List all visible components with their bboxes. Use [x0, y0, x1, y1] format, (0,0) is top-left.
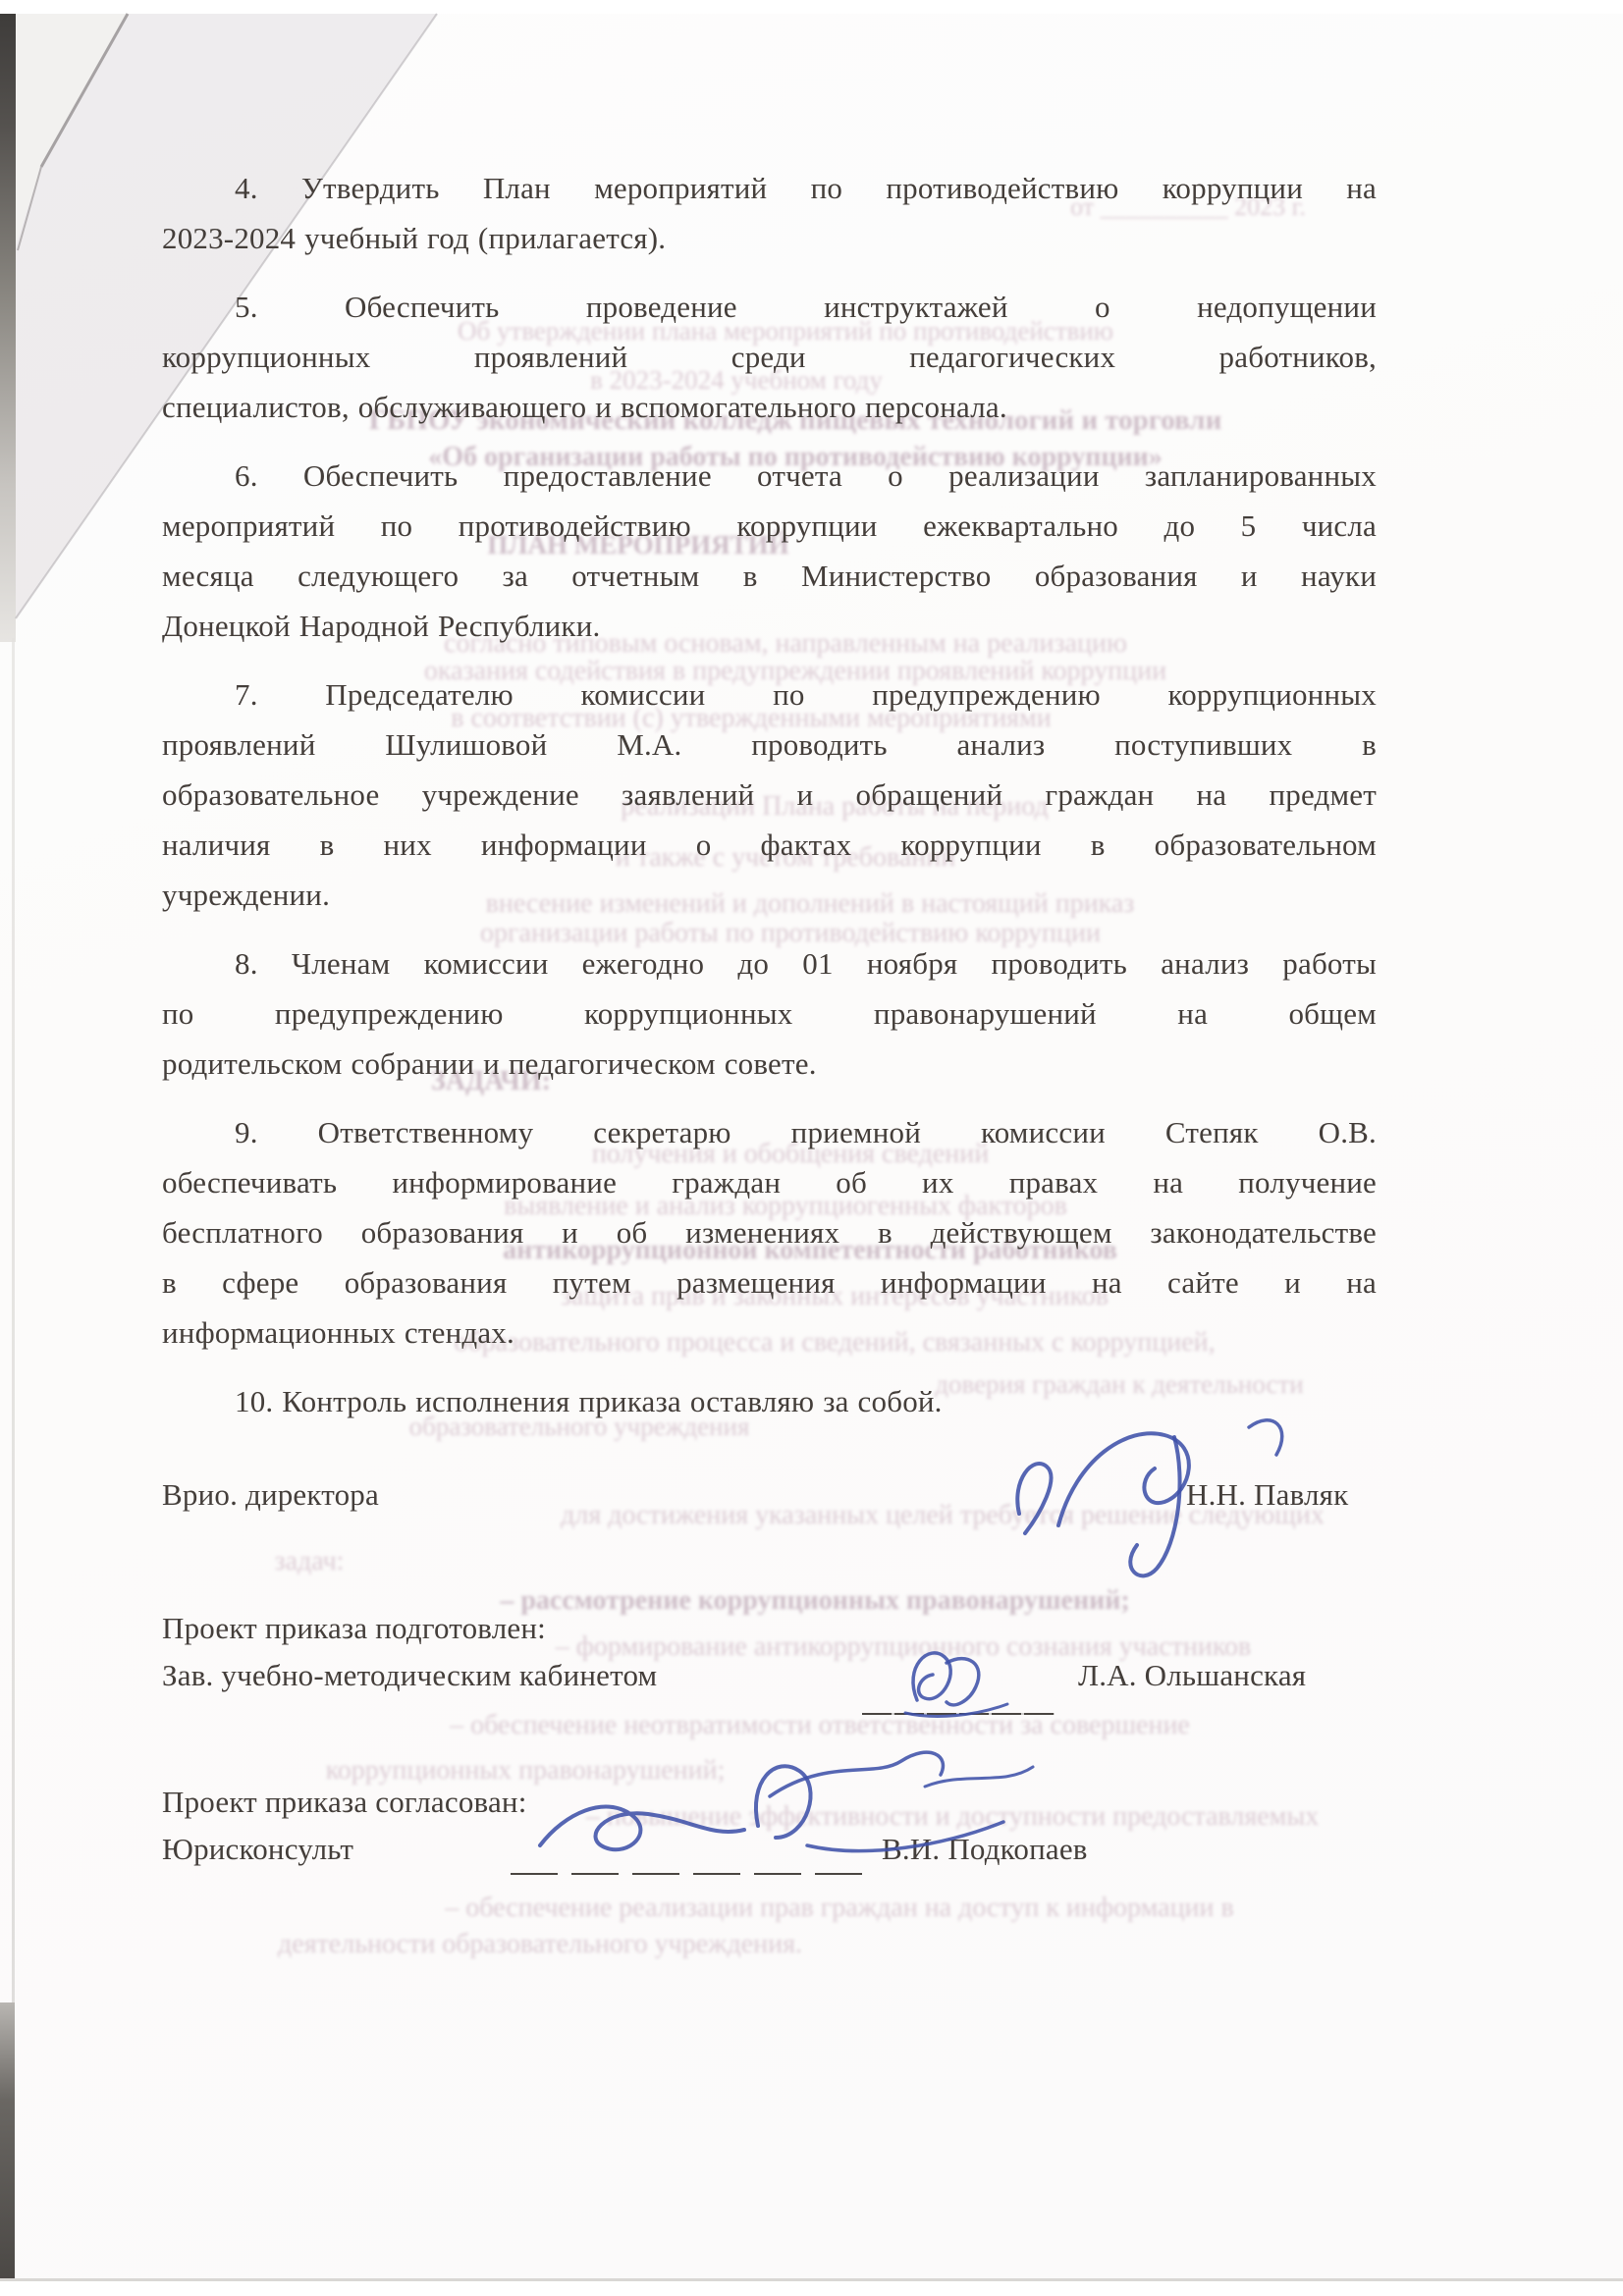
agreed-role: Юрисконсульт [162, 1832, 353, 1867]
paper-edge-left-mid [12, 638, 15, 2007]
order-text-line: в сфере образования путем размещения инф… [162, 1257, 1377, 1308]
director-signature-ink [982, 1386, 1335, 1582]
prepared-signature-ink [884, 1618, 1031, 1731]
order-text-line: мероприятий по противодействию коррупции… [162, 501, 1377, 551]
prepared-heading: Проект приказа подготовлен: [162, 1611, 546, 1646]
order-text-line: 4. Утвердить План мероприятий по противо… [162, 163, 1377, 213]
scanned-order-page: от __________ 2023 г.Об утверждении план… [0, 0, 1623, 2296]
order-paragraph: 7. Председателю комиссии по предупрежден… [162, 669, 1377, 920]
order-text-line: месяца следующего за отчетным в Министер… [162, 551, 1377, 601]
order-text-line: учреждении. [162, 870, 1377, 920]
bleed-through-text: – обеспечение реализации прав граждан на… [260, 1893, 1419, 1924]
agreed-heading: Проект приказа согласован: [162, 1785, 527, 1820]
order-paragraph: 9. Ответственному секретарю приемной ком… [162, 1107, 1377, 1358]
order-text-line: образовательное учреждение заявлений и о… [162, 770, 1377, 820]
order-text-line: бесплатного образования и об изменениях … [162, 1207, 1377, 1257]
bleed-through-text: деятельности образовательного учреждения… [196, 1929, 884, 1960]
paper-edge-left-bottom [0, 2002, 15, 2280]
director-position-label: Врио. директора [162, 1477, 379, 1513]
order-text-line: коррупционных проявлений среди педагогич… [162, 332, 1377, 382]
order-text-line: 6. Обеспечить предоставление отчета о ре… [162, 451, 1377, 501]
order-text-line: проявлений Шулишовой М.А. проводить анал… [162, 720, 1377, 770]
order-text-line: 5. Обеспечить проведение инструктажей о … [162, 282, 1377, 332]
order-text-line: обеспечивать информирование граждан об и… [162, 1157, 1377, 1207]
order-text-line: Донецкой Народной Республики. [162, 601, 1377, 651]
order-text-line: 8. Членам комиссии ежегодно до 01 ноября… [162, 938, 1377, 988]
order-text-line: специалистов, обслуживающего и вспомогат… [162, 382, 1377, 432]
prepared-name: Л.А. Ольшанская [1078, 1658, 1306, 1693]
order-paragraph: 4. Утвердить План мероприятий по противо… [162, 163, 1377, 263]
order-text-line: по предупреждению коррупционных правонар… [162, 988, 1377, 1039]
order-text-line: родительском собрании и педагогическом с… [162, 1039, 1377, 1089]
order-text-line: 9. Ответственному секретарю приемной ком… [162, 1107, 1377, 1157]
order-text-line: наличия в них информации о фактах корруп… [162, 820, 1377, 870]
order-paragraph: 5. Обеспечить проведение инструктажей о … [162, 282, 1377, 432]
order-paragraph: 6. Обеспечить предоставление отчета о ре… [162, 451, 1377, 651]
order-text-body: 4. Утвердить План мероприятий по противо… [162, 163, 1377, 1445]
bleed-through-text: задач: [162, 1546, 457, 1577]
agreed-signature-ink [511, 1726, 1080, 1893]
order-text-line: 7. Председателю комиссии по предупрежден… [162, 669, 1377, 720]
scan-margin-bottom [0, 2281, 1623, 2296]
order-text-line: 2023-2024 учебный год (прилагается). [162, 213, 1377, 263]
order-paragraph: 8. Членам комиссии ежегодно до 01 ноября… [162, 938, 1377, 1089]
order-text-line: информационных стендах. [162, 1308, 1377, 1358]
prepared-role: Зав. учебно-методическим кабинетом [162, 1658, 657, 1693]
